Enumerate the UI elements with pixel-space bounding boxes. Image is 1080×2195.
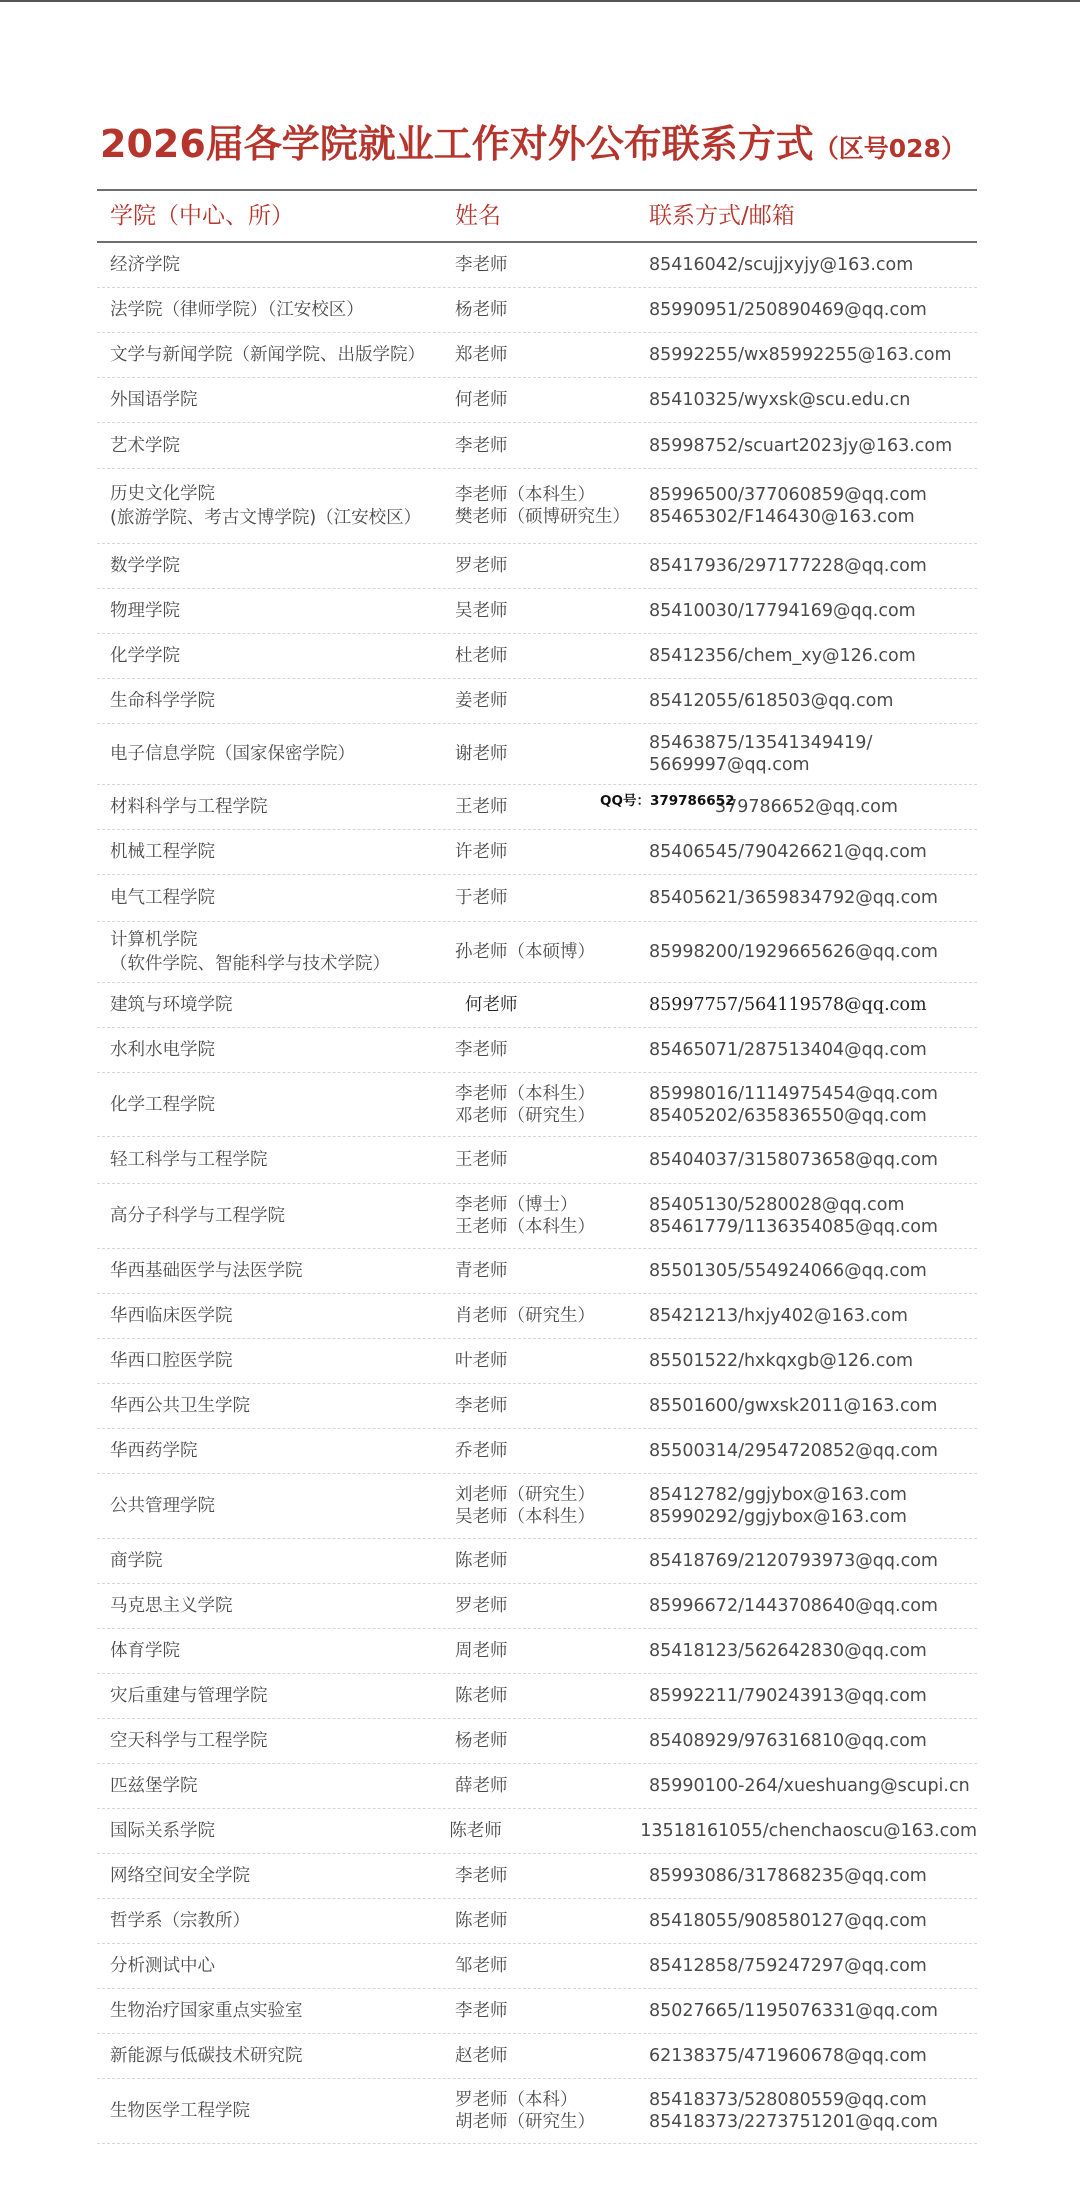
name-cell-line: 王老师（本科生） (455, 1216, 649, 1238)
name-cell-line: 邓老师（研究生） (455, 1105, 649, 1127)
college-cell-line: 公共管理学院 (110, 1494, 455, 1518)
name-cell: 何老师 (455, 994, 649, 1016)
header-college: 学院（中心、所） (97, 201, 455, 231)
college-cell-line: 轻工科学与工程学院 (110, 1148, 455, 1172)
name-cell-line: 李老师 (455, 254, 649, 276)
name-cell-line: 李老师（本科生） (455, 484, 649, 506)
contact-cell: 85463875/13541349419/5669997@qq.com (649, 732, 977, 776)
name-cell-line: 邹老师 (455, 1955, 649, 1977)
college-cell-line: 电子信息学院（国家保密学院） (110, 742, 455, 766)
contact-cell-line[interactable]: 85996672/1443708640@qq.com (649, 1595, 977, 1617)
name-cell: 李老师 (455, 2000, 649, 2022)
college-cell-line: 数学学院 (110, 554, 455, 578)
name-cell-line: 李老师（本科生） (455, 1083, 649, 1105)
table-row: 化学工程学院李老师（本科生）邓老师（研究生）85998016/111497545… (97, 1073, 977, 1137)
contact-cell-line[interactable]: 85998752/scuart2023jy@163.com (649, 435, 977, 457)
college-cell-line: 空天科学与工程学院 (110, 1729, 455, 1753)
contact-cell: 85993086/317868235@qq.com (649, 1865, 977, 1887)
contact-cell: 85992255/wx85992255@163.com (649, 344, 977, 366)
table-row: 空天科学与工程学院杨老师85408929/976316810@qq.com (97, 1719, 977, 1764)
name-cell-line: 李老师（博士） (455, 1194, 649, 1216)
contact-cell: 85412055/618503@qq.com (649, 690, 977, 712)
college-cell: 华西基础医学与法医学院 (97, 1259, 455, 1283)
name-cell-line: 周老师 (455, 1640, 649, 1662)
name-cell: 杨老师 (455, 299, 649, 321)
table-row: 物理学院吴老师85410030/17794169@qq.com (97, 589, 977, 634)
table-row: 华西公共卫生学院李老师85501600/gwxsk2011@163.com (97, 1384, 977, 1429)
name-cell-line: 孙老师（本硕博） (455, 941, 649, 963)
college-cell-line: 文学与新闻学院（新闻学院、出版学院） (110, 343, 455, 367)
college-cell: 电气工程学院 (97, 886, 455, 910)
college-cell: 体育学院 (97, 1639, 455, 1663)
name-cell: 孙老师（本硕博） (455, 941, 649, 963)
name-cell-line: 赵老师 (455, 2045, 649, 2067)
contact-cell-line[interactable]: 13518161055/chenchaoscu@163.com (640, 1820, 977, 1842)
table-row: 生物医学工程学院罗老师（本科）胡老师（研究生）85418373/52808055… (97, 2079, 977, 2144)
contact-cell-line[interactable]: 85418373/2273751201@qq.com (649, 2111, 977, 2133)
contact-cell-line[interactable]: 85465302/F146430@163.com (649, 506, 977, 528)
contact-cell-line[interactable]: 85412055/618503@qq.com (649, 690, 977, 712)
name-cell-line: 胡老师（研究生） (455, 2111, 649, 2133)
college-cell: 华西临床医学院 (97, 1304, 455, 1328)
college-cell: 匹兹堡学院 (97, 1774, 455, 1798)
name-cell-line: 罗老师 (455, 1595, 649, 1617)
contact-cell-line[interactable]: 85405202/635836550@qq.com (649, 1105, 977, 1127)
contact-cell-line[interactable]: 85421213/hxjy402@163.com (649, 1305, 977, 1327)
contact-cell-line[interactable]: 85500314/2954720852@qq.com (649, 1440, 977, 1462)
college-cell: 建筑与环境学院 (97, 993, 455, 1017)
table-row: 新能源与低碳技术研究院赵老师62138375/471960678@qq.com (97, 2034, 977, 2079)
college-cell-line: 生物治疗国家重点实验室 (110, 1999, 455, 2023)
college-cell: 分析测试中心 (97, 1954, 455, 1978)
contact-cell: 85418055/908580127@qq.com (649, 1910, 977, 1932)
college-cell: 电子信息学院（国家保密学院） (97, 742, 455, 766)
name-cell-line: 何老师 (455, 389, 649, 411)
table-row: 高分子科学与工程学院李老师（博士）王老师（本科生）85405130/528002… (97, 1184, 977, 1249)
name-cell-line: 杜老师 (455, 645, 649, 667)
contact-cell: 85405621/3659834792@qq.com (649, 887, 977, 909)
college-cell-line: 艺术学院 (110, 434, 455, 458)
name-cell: 陈老师 (455, 1685, 649, 1707)
contact-cell: 85404037/3158073658@qq.com (649, 1149, 977, 1171)
college-cell-line: 新能源与低碳技术研究院 (110, 2044, 455, 2068)
table-row: 哲学系（宗教所）陈老师85418055/908580127@qq.com (97, 1899, 977, 1944)
college-cell-line: 建筑与环境学院 (110, 993, 455, 1017)
college-cell: 公共管理学院 (97, 1494, 455, 1518)
table-row: 化学学院杜老师85412356/chem_xy@126.com (97, 634, 977, 679)
contact-cell: 85501600/gwxsk2011@163.com (649, 1395, 977, 1417)
name-cell-line: 何老师 (455, 994, 649, 1016)
contact-cell-line[interactable]: 85418769/2120793973@qq.com (649, 1550, 977, 1572)
header-contact: 联系方式/邮箱 (649, 201, 977, 231)
contact-cell-line[interactable]: 85408929/976316810@qq.com (649, 1730, 977, 1752)
name-cell: 罗老师（本科）胡老师（研究生） (455, 2089, 649, 2133)
college-cell: 水利水电学院 (97, 1038, 455, 1062)
name-cell-line: 李老师 (455, 2000, 649, 2022)
contact-cell-line[interactable]: 85501600/gwxsk2011@163.com (649, 1395, 977, 1417)
name-cell-line: 于老师 (455, 887, 649, 909)
contact-cell-line[interactable]: 85990951/250890469@qq.com (649, 299, 977, 321)
table-row: 网络空间安全学院李老师85993086/317868235@qq.com (97, 1854, 977, 1899)
name-cell: 青老师 (455, 1260, 649, 1282)
name-cell: 李老师（本科生）邓老师（研究生） (455, 1083, 649, 1127)
contact-cell-line[interactable]: 85418055/908580127@qq.com (649, 1910, 977, 1932)
name-cell-line: 李老师 (455, 1395, 649, 1417)
contact-cell-line[interactable]: 85410030/17794169@qq.com (649, 600, 977, 622)
name-cell-line: 樊老师（硕博研究生） (455, 506, 649, 528)
name-cell: 刘老师（研究生）吴老师（本科生） (455, 1484, 649, 1528)
college-cell: 华西口腔医学院 (97, 1349, 455, 1373)
contact-cell-line[interactable]: 85501522/hxkqxgb@126.com (649, 1350, 977, 1372)
college-cell-line: 高分子科学与工程学院 (110, 1204, 455, 1228)
college-cell-line: 物理学院 (110, 599, 455, 623)
college-cell-line: 电气工程学院 (110, 886, 455, 910)
name-cell: 李老师 (455, 1395, 649, 1417)
college-cell-line: 华西口腔医学院 (110, 1349, 455, 1373)
contact-cell-line[interactable]: 85418123/562642830@qq.com (649, 1640, 977, 1662)
table-row: 历史文化学院(旅游学院、考古文博学院)（江安校区）李老师（本科生）樊老师（硕博研… (97, 469, 977, 544)
name-cell-line: 青老师 (455, 1260, 649, 1282)
name-cell-line: 吴老师（本科生） (455, 1506, 649, 1528)
name-cell-line: 李老师 (455, 1039, 649, 1061)
contact-cell-line[interactable]: 85406545/790426621@qq.com (649, 841, 977, 863)
name-cell: 于老师 (455, 887, 649, 909)
college-cell: 法学院（律师学院）（江安校区） (97, 298, 455, 322)
contact-cell: 85997757/564119578@qq.com (649, 994, 977, 1016)
college-cell-line: 华西基础医学与法医学院 (110, 1259, 455, 1283)
contact-cell: 85412858/759247297@qq.com (649, 1955, 977, 1977)
page-title: 2026届各学院就业工作对外公布联系方式（区号028） (100, 113, 966, 168)
name-cell: 赵老师 (455, 2045, 649, 2067)
table-row: 华西口腔医学院叶老师85501522/hxkqxgb@126.com (97, 1339, 977, 1384)
contact-cell: 85500314/2954720852@qq.com (649, 1440, 977, 1462)
table-row: 电子信息学院（国家保密学院）谢老师85463875/13541349419/56… (97, 724, 977, 785)
contact-cell: 85421213/hxjy402@163.com (649, 1305, 977, 1327)
college-cell-line: 华西公共卫生学院 (110, 1394, 455, 1418)
contact-cell: 85408929/976316810@qq.com (649, 1730, 977, 1752)
college-cell: 灾后重建与管理学院 (97, 1684, 455, 1708)
college-cell-line: 商学院 (110, 1549, 455, 1573)
contact-cell: 85990951/250890469@qq.com (649, 299, 977, 321)
name-cell-line: 叶老师 (455, 1350, 649, 1372)
contact-cell: 85412782/ggjybox@163.com85990292/ggjybox… (649, 1484, 977, 1528)
table-row: 商学院陈老师85418769/2120793973@qq.com (97, 1539, 977, 1584)
contact-cell-line[interactable]: 85463875/13541349419/ (649, 732, 977, 754)
college-cell-line: 化学学院 (110, 644, 455, 668)
college-cell: 网络空间安全学院 (97, 1864, 455, 1888)
name-cell-line: 罗老师（本科） (455, 2089, 649, 2111)
college-cell-line: 灾后重建与管理学院 (110, 1684, 455, 1708)
college-cell-line: 法学院（律师学院）（江安校区） (110, 298, 455, 322)
contact-cell: 85998200/1929665626@qq.com (649, 941, 977, 963)
name-cell-line: 陈老师 (449, 1820, 640, 1842)
contact-cell-line[interactable]: 85996500/377060859@qq.com (649, 484, 977, 506)
college-cell: 轻工科学与工程学院 (97, 1148, 455, 1172)
title-area-code: （区号028） (814, 134, 966, 163)
table-row: 华西基础医学与法医学院青老师85501305/554924066@qq.com (97, 1249, 977, 1294)
contact-cell-line[interactable]: 85412782/ggjybox@163.com (649, 1484, 977, 1506)
table-row: 生命科学学院姜老师85412055/618503@qq.com (97, 679, 977, 724)
contact-cell: 85501522/hxkqxgb@126.com (649, 1350, 977, 1372)
name-cell-line: 杨老师 (455, 299, 649, 321)
contact-cell-line[interactable]: 85416042/scujjxyjy@163.com (649, 254, 977, 276)
name-cell-line: 谢老师 (455, 743, 649, 765)
contact-cell: 85417936/297177228@qq.com (649, 555, 977, 577)
college-cell: 生物医学工程学院 (97, 2099, 455, 2123)
contact-cell-line[interactable]: 85993086/317868235@qq.com (649, 1865, 977, 1887)
college-cell-line: 华西药学院 (110, 1439, 455, 1463)
college-cell: 化学工程学院 (97, 1093, 455, 1117)
college-cell: 马克思主义学院 (97, 1594, 455, 1618)
college-cell: 华西公共卫生学院 (97, 1394, 455, 1418)
contact-cell: 85412356/chem_xy@126.com (649, 645, 977, 667)
name-cell: 姜老师 (455, 690, 649, 712)
name-cell-line: 陈老师 (455, 1685, 649, 1707)
contact-cell-line[interactable]: 85997757/564119578@qq.com (649, 994, 977, 1016)
table-row: 匹兹堡学院薛老师85990100-264/xueshuang@scupi.cn (97, 1764, 977, 1809)
contact-cell: 85406545/790426621@qq.com (649, 841, 977, 863)
college-cell-line: 材料科学与工程学院 (110, 795, 455, 819)
college-cell: 商学院 (97, 1549, 455, 1573)
name-cell-line: 陈老师 (455, 1550, 649, 1572)
contact-cell-line[interactable]: 85412858/759247297@qq.com (649, 1955, 977, 1977)
contact-table: 学院（中心、所） 姓名 联系方式/邮箱 经济学院李老师85416042/scuj… (97, 189, 977, 2144)
table-row: 数学学院罗老师85417936/297177228@qq.com (97, 544, 977, 589)
contact-cell: 85416042/scujjxyjy@163.com (649, 254, 977, 276)
name-cell: 肖老师（研究生） (455, 1305, 649, 1327)
college-cell-line: 外国语学院 (110, 388, 455, 412)
name-cell: 叶老师 (455, 1350, 649, 1372)
contact-cell: 85410030/17794169@qq.com (649, 600, 977, 622)
table-row: 经济学院李老师85416042/scujjxyjy@163.com (97, 243, 977, 288)
name-cell-line: 乔老师 (455, 1440, 649, 1462)
contact-cell-line[interactable]: 85465071/287513404@qq.com (649, 1039, 977, 1061)
college-cell: 新能源与低碳技术研究院 (97, 2044, 455, 2068)
college-cell: 化学学院 (97, 644, 455, 668)
contact-cell: 85998752/scuart2023jy@163.com (649, 435, 977, 457)
table-row: 灾后重建与管理学院陈老师85992211/790243913@qq.com (97, 1674, 977, 1719)
name-cell: 李老师 (455, 435, 649, 457)
name-cell-line: 陈老师 (455, 1910, 649, 1932)
table-row: 国际关系学院陈老师13518161055/chenchaoscu@163.com (97, 1809, 977, 1854)
contact-cell-line[interactable]: 85461779/1136354085@qq.com (649, 1216, 977, 1238)
name-cell-line: 李老师 (455, 435, 649, 457)
header-name: 姓名 (455, 201, 649, 231)
college-cell: 哲学系（宗教所） (97, 1909, 455, 1933)
college-cell: 生命科学学院 (97, 689, 455, 713)
name-cell: 周老师 (455, 1640, 649, 1662)
table-row: 电气工程学院于老师85405621/3659834792@qq.com (97, 875, 977, 922)
name-cell: 王老师 (455, 1149, 649, 1171)
name-cell: 李老师（本科生）樊老师（硕博研究生） (455, 484, 649, 528)
contact-cell: 85465071/287513404@qq.com (649, 1039, 977, 1061)
name-cell-line: 杨老师 (455, 1730, 649, 1752)
college-cell-line: 马克思主义学院 (110, 1594, 455, 1618)
contact-cell: 85996500/377060859@qq.com85465302/F14643… (649, 484, 977, 528)
table-row: 外国语学院何老师85410325/wyxsk@scu.edu.cn (97, 378, 977, 423)
name-cell: 何老师 (455, 389, 649, 411)
college-cell: 计算机学院（软件学院、智能科学与技术学院） (97, 928, 455, 976)
name-cell: 乔老师 (455, 1440, 649, 1462)
name-cell: 许老师 (455, 841, 649, 863)
table-row: 生物治疗国家重点实验室李老师85027665/1195076331@qq.com (97, 1989, 977, 2034)
college-cell: 外国语学院 (97, 388, 455, 412)
contact-cell-line[interactable]: 85405621/3659834792@qq.com (649, 887, 977, 909)
college-cell: 经济学院 (97, 253, 455, 277)
college-cell-line: 经济学院 (110, 253, 455, 277)
contact-cell-line[interactable]: 85992255/wx85992255@163.com (649, 344, 977, 366)
college-cell-line: 分析测试中心 (110, 1954, 455, 1978)
college-cell-line: 匹兹堡学院 (110, 1774, 455, 1798)
table-row: 机械工程学院许老师85406545/790426621@qq.com (97, 830, 977, 875)
table-row: 水利水电学院李老师85465071/287513404@qq.com (97, 1028, 977, 1073)
table-row: 华西药学院乔老师85500314/2954720852@qq.com (97, 1429, 977, 1474)
name-cell-line: 姜老师 (455, 690, 649, 712)
college-cell: 国际关系学院 (97, 1819, 449, 1843)
name-cell-line: 刘老师（研究生） (455, 1484, 649, 1506)
contact-cell: 85998016/1114975454@qq.com85405202/63583… (649, 1083, 977, 1127)
college-cell: 历史文化学院(旅游学院、考古文博学院)（江安校区） (97, 482, 455, 530)
college-cell-line: 水利水电学院 (110, 1038, 455, 1062)
table-row: 材料科学与工程学院王老师379786652@qq.com (97, 785, 977, 830)
contact-cell: 85418769/2120793973@qq.com (649, 1550, 977, 1572)
name-cell-line: 吴老师 (455, 600, 649, 622)
name-cell: 罗老师 (455, 1595, 649, 1617)
table-row: 建筑与环境学院何老师85997757/564119578@qq.com (97, 983, 977, 1028)
name-cell: 杜老师 (455, 645, 649, 667)
contact-cell-line[interactable]: 85998200/1929665626@qq.com (649, 941, 977, 963)
table-row: 公共管理学院刘老师（研究生）吴老师（本科生）85412782/ggjybox@1… (97, 1474, 977, 1539)
table-header: 学院（中心、所） 姓名 联系方式/邮箱 (97, 191, 977, 241)
contact-cell-line[interactable]: 85990100-264/xueshuang@scupi.cn (649, 1775, 977, 1797)
contact-cell: 85418373/528080559@qq.com85418373/227375… (649, 2089, 977, 2133)
contact-cell: 85405130/5280028@qq.com85461779/11363540… (649, 1194, 977, 1238)
college-cell: 数学学院 (97, 554, 455, 578)
name-cell: 吴老师 (455, 600, 649, 622)
contact-cell-line[interactable]: 85992211/790243913@qq.com (649, 1685, 977, 1707)
table-row: 文学与新闻学院（新闻学院、出版学院）郑老师85992255/wx85992255… (97, 333, 977, 378)
name-cell-line: 郑老师 (455, 344, 649, 366)
table-row: 华西临床医学院肖老师（研究生）85421213/hxjy402@163.com (97, 1294, 977, 1339)
contact-cell: 85027665/1195076331@qq.com (649, 2000, 977, 2022)
contact-cell-line[interactable]: 85418373/528080559@qq.com (649, 2089, 977, 2111)
name-cell: 郑老师 (455, 344, 649, 366)
contact-cell: 85410325/wyxsk@scu.edu.cn (649, 389, 977, 411)
name-cell: 李老师 (455, 254, 649, 276)
contact-cell: 85990100-264/xueshuang@scupi.cn (649, 1775, 977, 1797)
contact-cell-line[interactable]: 85405130/5280028@qq.com (649, 1194, 977, 1216)
name-cell: 杨老师 (455, 1730, 649, 1752)
table-row: 分析测试中心邹老师85412858/759247297@qq.com (97, 1944, 977, 1989)
name-cell: 罗老师 (455, 555, 649, 577)
contact-cell: 85992211/790243913@qq.com (649, 1685, 977, 1707)
college-cell-line: 网络空间安全学院 (110, 1864, 455, 1888)
college-cell: 生物治疗国家重点实验室 (97, 1999, 455, 2023)
name-cell-line: 肖老师（研究生） (455, 1305, 649, 1327)
name-cell: 李老师 (455, 1865, 649, 1887)
name-cell-line: 薛老师 (455, 1775, 649, 1797)
contact-cell-line[interactable]: 85410325/wyxsk@scu.edu.cn (649, 389, 977, 411)
contact-cell-line[interactable]: 85501305/554924066@qq.com (649, 1260, 977, 1282)
college-cell: 艺术学院 (97, 434, 455, 458)
table-row: 体育学院周老师85418123/562642830@qq.com (97, 1629, 977, 1674)
college-cell-line: 体育学院 (110, 1639, 455, 1663)
contact-cell: 13518161055/chenchaoscu@163.com (640, 1820, 977, 1842)
college-cell: 高分子科学与工程学院 (97, 1204, 455, 1228)
title-main: 2026届各学院就业工作对外公布联系方式 (100, 122, 814, 166)
contact-cell-line[interactable]: 85417936/297177228@qq.com (649, 555, 977, 577)
college-cell-line: 生物医学工程学院 (110, 2099, 455, 2123)
college-cell-line: 华西临床医学院 (110, 1304, 455, 1328)
college-cell: 物理学院 (97, 599, 455, 623)
table-body: 经济学院李老师85416042/scujjxyjy@163.com法学院（律师学… (97, 243, 977, 2144)
college-cell-line: 国际关系学院 (110, 1819, 449, 1843)
college-cell: 机械工程学院 (97, 840, 455, 864)
name-cell-line: 李老师 (455, 1865, 649, 1887)
contact-cell-line[interactable]: 5669997@qq.com (649, 754, 977, 776)
name-cell: 陈老师 (455, 1550, 649, 1572)
college-cell-line: 生命科学学院 (110, 689, 455, 713)
table-row: 马克思主义学院罗老师85996672/1443708640@qq.com (97, 1584, 977, 1629)
college-cell-line: 历史文化学院 (110, 482, 455, 506)
table-row: 轻工科学与工程学院王老师85404037/3158073658@qq.com (97, 1137, 977, 1184)
contact-cell: 85996672/1443708640@qq.com (649, 1595, 977, 1617)
college-cell: 华西药学院 (97, 1439, 455, 1463)
contact-cell-line[interactable]: 85404037/3158073658@qq.com (649, 1149, 977, 1171)
qq-number-label: QQ号：379786652 (600, 789, 735, 809)
name-cell: 薛老师 (455, 1775, 649, 1797)
name-cell-line: 罗老师 (455, 555, 649, 577)
contact-cell-line[interactable]: 62138375/471960678@qq.com (649, 2045, 977, 2067)
top-border (0, 0, 1080, 2)
college-cell-line: （软件学院、智能科学与技术学院） (110, 952, 455, 976)
name-cell-line: 许老师 (455, 841, 649, 863)
name-cell: 陈老师 (455, 1910, 649, 1932)
contact-cell-line[interactable]: 85990292/ggjybox@163.com (649, 1506, 977, 1528)
name-cell: 李老师（博士）王老师（本科生） (455, 1194, 649, 1238)
contact-cell: 62138375/471960678@qq.com (649, 2045, 977, 2067)
table-row: 艺术学院李老师85998752/scuart2023jy@163.com (97, 423, 977, 469)
contact-cell: 85501305/554924066@qq.com (649, 1260, 977, 1282)
name-cell: 陈老师 (449, 1820, 640, 1842)
table-row: 法学院（律师学院）（江安校区）杨老师85990951/250890469@qq.… (97, 288, 977, 333)
college-cell-line: (旅游学院、考古文博学院)（江安校区） (110, 506, 455, 530)
contact-cell: 85418123/562642830@qq.com (649, 1640, 977, 1662)
name-cell: 李老师 (455, 1039, 649, 1061)
college-cell: 材料科学与工程学院 (97, 795, 455, 819)
contact-cell-line[interactable]: 85998016/1114975454@qq.com (649, 1083, 977, 1105)
college-cell-line: 计算机学院 (110, 928, 455, 952)
college-cell-line: 机械工程学院 (110, 840, 455, 864)
contact-cell-line[interactable]: 85412356/chem_xy@126.com (649, 645, 977, 667)
name-cell: 邹老师 (455, 1955, 649, 1977)
college-cell-line: 化学工程学院 (110, 1093, 455, 1117)
name-cell: 谢老师 (455, 743, 649, 765)
college-cell: 空天科学与工程学院 (97, 1729, 455, 1753)
table-row: 计算机学院（软件学院、智能科学与技术学院）孙老师（本硕博）85998200/19… (97, 922, 977, 983)
college-cell-line: 哲学系（宗教所） (110, 1909, 455, 1933)
contact-cell-line[interactable]: 85027665/1195076331@qq.com (649, 2000, 977, 2022)
college-cell: 文学与新闻学院（新闻学院、出版学院） (97, 343, 455, 367)
name-cell-line: 王老师 (455, 1149, 649, 1171)
